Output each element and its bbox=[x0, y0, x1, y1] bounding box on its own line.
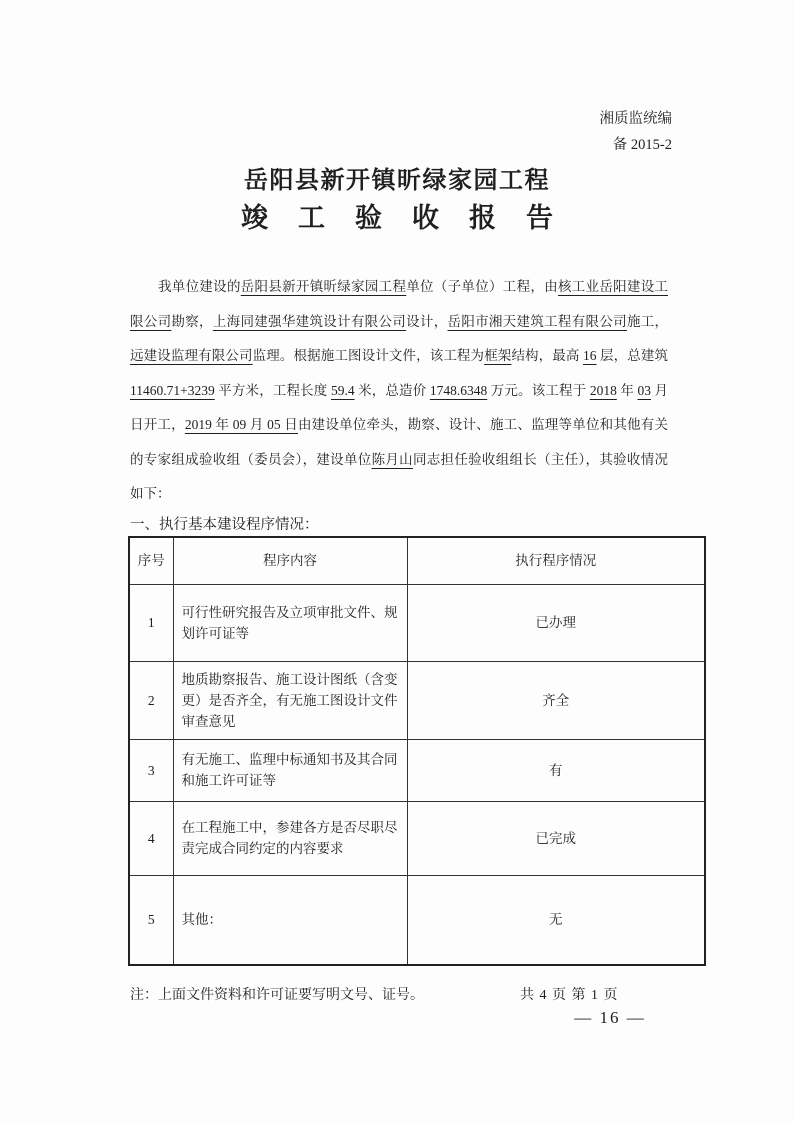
underlined-text: 1748.6348 bbox=[430, 383, 487, 398]
table-body: 1可行性研究报告及立项审批文件、规划许可证等已办理2地质勘察报告、施工设计图纸（… bbox=[129, 584, 705, 965]
table-cell-no: 3 bbox=[129, 739, 173, 801]
plain-text: 平方米，工程长度 bbox=[215, 383, 331, 398]
underlined-text: 陈月山 bbox=[372, 452, 413, 467]
table-cell-content: 可行性研究报告及立项审批文件、规划许可证等 bbox=[173, 584, 407, 661]
table-cell-content: 其他： bbox=[173, 875, 407, 965]
table-header-content: 程序内容 bbox=[173, 537, 407, 584]
doc-subtitle: 竣工验收报告 bbox=[30, 196, 794, 235]
table-header-no: 序号 bbox=[129, 537, 173, 584]
plain-text: 日开工， bbox=[130, 417, 185, 432]
table-cell-content: 有无施工、监理中标通知书及其合同和施工许可证等 bbox=[173, 739, 407, 801]
document-page: 湘质监统编 备 2015-2 岳阳县新开镇昕绿家园工程 竣工验收报告 我单位建设… bbox=[0, 0, 794, 1122]
paragraph-line: 限公司勘察，上海同建强华建筑设计有限公司设计，岳阳市湘天建筑工程有限公司施工，岳… bbox=[130, 305, 668, 340]
table-row: 1可行性研究报告及立项审批文件、规划许可证等已办理 bbox=[129, 584, 705, 661]
underlined-text: 限公司 bbox=[130, 314, 171, 329]
underlined-text: 岳阳县新开镇昕绿家园工程 bbox=[241, 279, 407, 294]
paragraph-line: 我单位建设的岳阳县新开镇昕绿家园工程单位（子单位）工程，由核工业岳阳建设工程有 bbox=[130, 270, 668, 305]
procedures-table: 序号 程序内容 执行程序情况 1可行性研究报告及立项审批文件、规划许可证等已办理… bbox=[128, 536, 706, 966]
underlined-text: 11460.71+3239 bbox=[130, 383, 215, 398]
plain-text: 监理。根据施工图设计文件，该工程为 bbox=[253, 348, 485, 363]
table-cell-content: 地质勘察报告、施工设计图纸（含变更）是否齐全，有无施工图设计文件审查意见 bbox=[173, 661, 407, 739]
underlined-text: 2018 bbox=[590, 383, 617, 398]
doc-registration-number: 湘质监统编 备 2015-2 bbox=[600, 106, 673, 158]
doc-registration-line1: 湘质监统编 bbox=[600, 106, 673, 132]
doc-title: 岳阳县新开镇昕绿家园工程 bbox=[0, 160, 794, 195]
table-cell-no: 4 bbox=[129, 801, 173, 875]
table-cell-status: 已完成 bbox=[407, 801, 705, 875]
underlined-text: 2019 年 09 月 05 日 bbox=[185, 417, 298, 432]
table-cell-status: 齐全 bbox=[407, 661, 705, 739]
underlined-text: 上海同建强华建筑设计有限公司 bbox=[213, 314, 406, 329]
page-count: 共 4 页 第 1 页 bbox=[520, 984, 619, 1004]
table-header-status: 执行程序情况 bbox=[407, 537, 705, 584]
plain-text: 月 bbox=[651, 383, 668, 398]
plain-text: 施工， bbox=[627, 314, 668, 329]
footer-note: 注：上面文件资料和许可证要写明文号、证号。 bbox=[130, 984, 424, 1004]
doc-registration-line2: 备 2015-2 bbox=[600, 132, 673, 158]
plain-text: 我单位建设的 bbox=[158, 279, 241, 294]
table-row: 5其他：无 bbox=[129, 875, 705, 965]
plain-text: 设计， bbox=[406, 314, 447, 329]
underlined-text: 59.4 bbox=[331, 383, 355, 398]
table-row: 2地质勘察报告、施工设计图纸（含变更）是否齐全，有无施工图设计文件审查意见齐全 bbox=[129, 661, 705, 739]
underlined-text: 岳阳市湘天建筑工程有限公司 bbox=[448, 314, 627, 329]
section-heading: 一、执行基本建设程序情况： bbox=[130, 513, 319, 534]
table-cell-no: 2 bbox=[129, 661, 173, 739]
body-paragraph: 我单位建设的岳阳县新开镇昕绿家园工程单位（子单位）工程，由核工业岳阳建设工程有限… bbox=[130, 270, 668, 512]
table-cell-no: 1 bbox=[129, 584, 173, 661]
table-row: 3有无施工、监理中标通知书及其合同和施工许可证等有 bbox=[129, 739, 705, 801]
plain-text: 单位（子单位）工程，由 bbox=[406, 279, 558, 294]
page-number: — 16 — bbox=[555, 1008, 665, 1028]
table-cell-status: 无 bbox=[407, 875, 705, 965]
table-cell-no: 5 bbox=[129, 875, 173, 965]
paragraph-line: 如下： bbox=[130, 477, 668, 512]
table-row: 4在工程施工中，参建各方是否尽职尽责完成合同约定的内容要求已完成 bbox=[129, 801, 705, 875]
plain-text: 米，总造价 bbox=[355, 383, 430, 398]
paragraph-line: 的专家组成验收组（委员会），建设单位陈月山同志担任验收组组长（主任），其验收情况… bbox=[130, 443, 668, 478]
paragraph-line: 远建设监理有限公司监理。根据施工图设计文件，该工程为框架结构，最高 16 层，总… bbox=[130, 339, 668, 374]
table-cell-status: 有 bbox=[407, 739, 705, 801]
table-cell-status: 已办理 bbox=[407, 584, 705, 661]
plain-text: 勘察， bbox=[171, 314, 212, 329]
underlined-text: 03 bbox=[638, 383, 652, 398]
plain-text: 年 bbox=[617, 383, 638, 398]
underlined-text: 16 bbox=[583, 348, 597, 363]
plain-text: 的专家组成验收组（委员会），建设单位 bbox=[130, 452, 372, 467]
table-header-row: 序号 程序内容 执行程序情况 bbox=[129, 537, 705, 584]
paragraph-line: 日开工，2019 年 09 月 05 日由建设单位牵头，勘察、设计、施工、监理等… bbox=[130, 408, 668, 443]
underlined-text: 远建设监理有限公司 bbox=[130, 348, 253, 363]
table-cell-content: 在工程施工中，参建各方是否尽职尽责完成合同约定的内容要求 bbox=[173, 801, 407, 875]
plain-text: 如下： bbox=[130, 486, 171, 501]
paragraph-line: 11460.71+3239 平方米，工程长度 59.4 米，总造价 1748.6… bbox=[130, 374, 668, 409]
underlined-text: 框架 bbox=[484, 348, 511, 363]
plain-text: 万元。该工程于 bbox=[487, 383, 590, 398]
plain-text: 结构，最高 bbox=[511, 348, 583, 363]
